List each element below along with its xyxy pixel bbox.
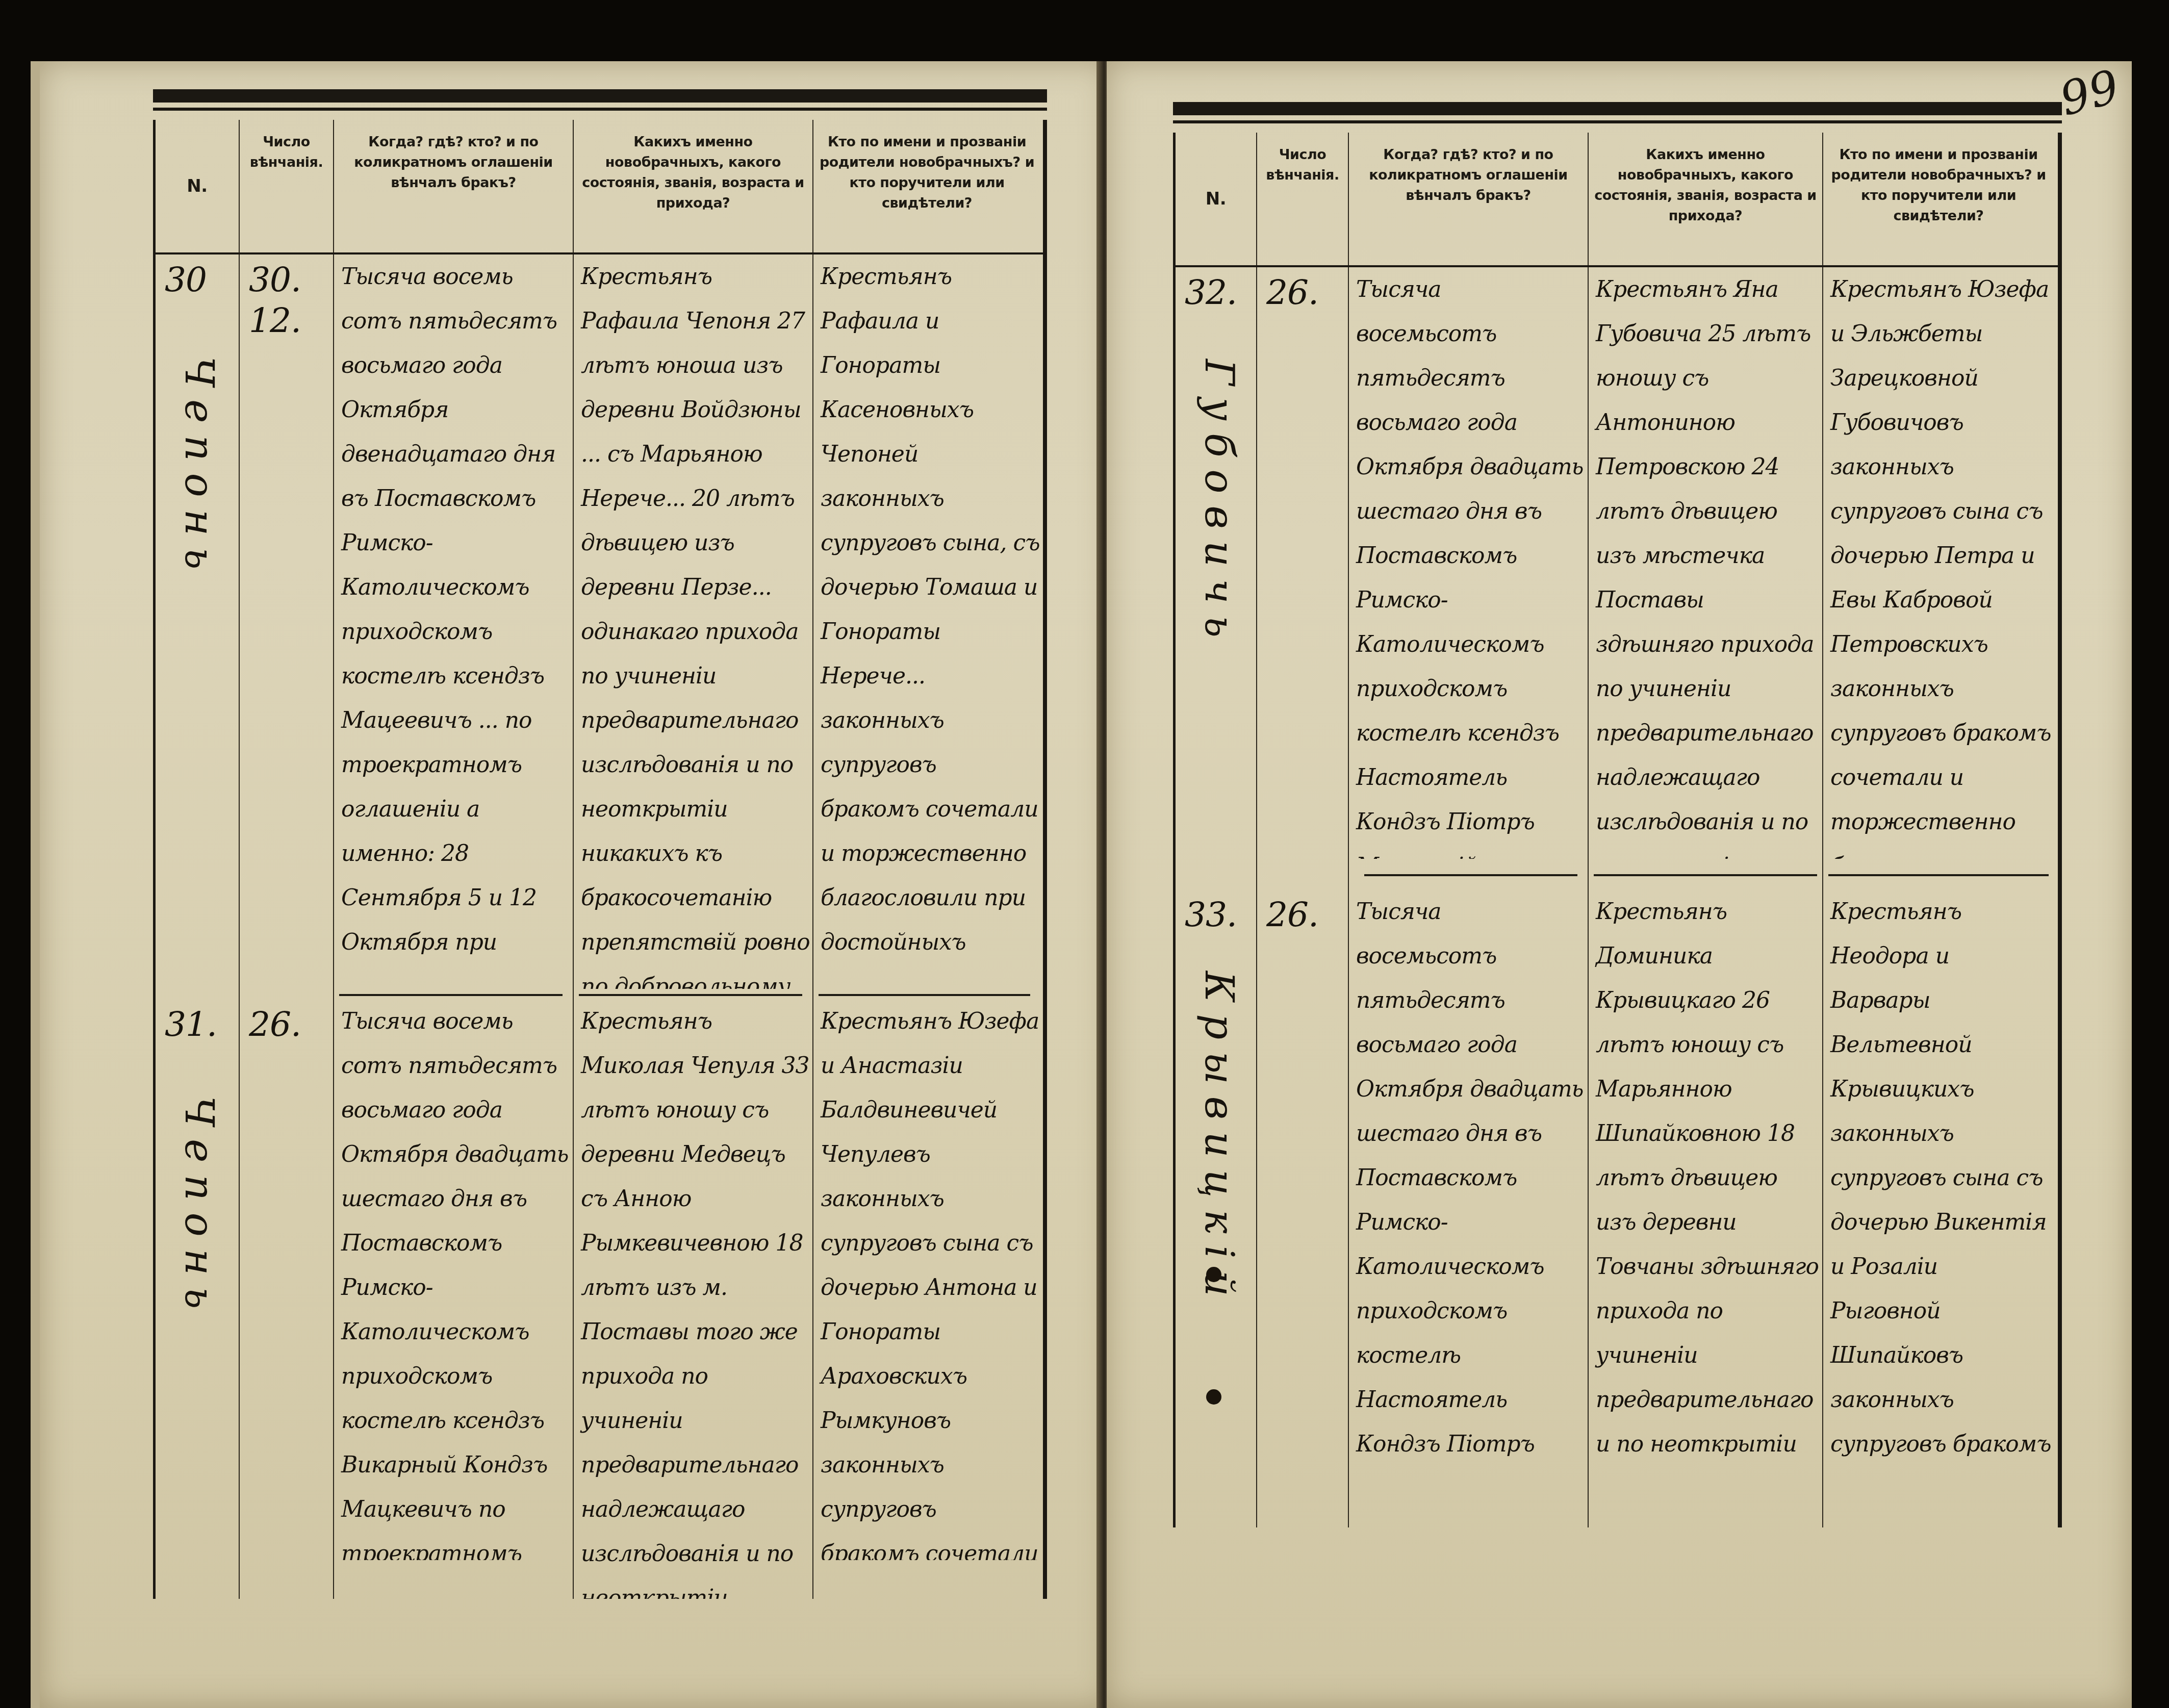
margin-note-surname: Чепонь xyxy=(176,356,222,582)
header-couple: Какихъ именно новобрачныхъ, какого состо… xyxy=(574,120,813,252)
header-parents-witnesses: Кто по имени и прозваніи родители новобр… xyxy=(813,120,1040,252)
binding-hole xyxy=(1206,1267,1221,1282)
column-date: 26. 26. xyxy=(1257,267,1349,1527)
margin-note-surname: Губовичь xyxy=(1196,359,1242,650)
header-parents-witnesses: Кто по имени и прозваніи родители новобр… xyxy=(1823,133,2054,265)
header-rule-thin xyxy=(153,108,1047,111)
column-date: 30. 12. 26. xyxy=(240,254,334,1599)
entry-divider xyxy=(819,994,1030,996)
entry-divider xyxy=(1594,874,1817,876)
column-number: 32. Губовичь 33. Крывицкій xyxy=(1176,267,1257,1527)
entry-31-parents: Крестьянъ Юзефа и Анастазіи Балдвиневиче… xyxy=(813,999,1040,1560)
register-body: 30 Чепонь 31. Чепонь 30. 12. 26. Тысяча … xyxy=(156,254,1043,1599)
right-register-table: N. Число вѣнчанія. Когда? гдѣ? кто? и по… xyxy=(1173,133,2062,1527)
header-rule-thin xyxy=(1173,120,2062,123)
entry-33-number: 33. xyxy=(1176,895,1256,935)
entry-30-couple: Крестьянъ Рафаила Чепоня 27 лѣтъ юноша и… xyxy=(574,254,812,989)
entry-divider xyxy=(579,994,802,996)
header-when-where: Когда? гдѣ? кто? и по коликратномъ оглаш… xyxy=(1349,133,1589,265)
left-register-table: N. Число вѣнчанія. Когда? гдѣ? кто? и по… xyxy=(153,120,1047,1599)
entry-33-when-where: Тысяча восемьсотъ пятьдесятъ восьмаго го… xyxy=(1349,889,1588,1466)
entry-33-couple: Крестьянъ Доминика Крывицкаго 26 лѣтъ юн… xyxy=(1589,889,1822,1466)
column-couple: Крестьянъ Рафаила Чепоня 27 лѣтъ юноша и… xyxy=(574,254,813,1599)
entry-divider xyxy=(339,994,563,996)
entry-32-couple: Крестьянъ Яна Губовича 25 лѣтъ юношу съ … xyxy=(1589,267,1822,859)
entry-33-date: 26. xyxy=(1257,895,1348,935)
column-headers: N. Число вѣнчанія. Когда? гдѣ? кто? и по… xyxy=(156,120,1043,254)
header-date: Число вѣнчанія. xyxy=(240,120,334,252)
column-parents-witnesses: Крестьянъ Рафаила и Гонораты Касеновныхъ… xyxy=(813,254,1040,1599)
register-body: 32. Губовичь 33. Крывицкій 26. 26. Тысяч… xyxy=(1176,267,2058,1527)
entry-32-date: 26. xyxy=(1257,272,1348,313)
entry-31-number: 31. xyxy=(156,1004,239,1045)
entry-31-when-where: Тысяча восемь сотъ пятьдесятъ восьмаго г… xyxy=(334,999,573,1560)
header-rule xyxy=(153,89,1047,103)
entry-33-parents: Крестьянъ Неодора и Варвары Вельтевной К… xyxy=(1823,889,2054,1466)
column-when-where: Тысяча восемьсотъ пятьдесятъ восьмаго го… xyxy=(1349,267,1589,1527)
entry-31-couple: Крестьянъ Миколая Чепуля 33 лѣтъ юношу с… xyxy=(574,999,812,1599)
entry-30-parents: Крестьянъ Рафаила и Гонораты Касеновныхъ… xyxy=(813,254,1040,968)
header-number: N. xyxy=(1176,133,1257,265)
entry-30-number: 30 xyxy=(156,260,239,300)
column-number: 30 Чепонь 31. Чепонь xyxy=(156,254,240,1599)
column-when-where: Тысяча восемь сотъ пятьдесятъ восьмаго г… xyxy=(334,254,574,1599)
header-rule xyxy=(1173,102,2062,115)
entry-30-date: 30. 12. xyxy=(240,260,333,341)
entry-31-date: 26. xyxy=(240,1004,333,1045)
header-when-where: Когда? гдѣ? кто? и по коликратномъ оглаш… xyxy=(334,120,574,252)
margin-note-surname: Крывицкій xyxy=(1196,971,1242,1309)
header-couple: Какихъ именно новобрачныхъ, какого состо… xyxy=(1589,133,1823,265)
entry-divider xyxy=(1364,874,1577,876)
header-date: Число вѣнчанія. xyxy=(1257,133,1349,265)
entry-divider xyxy=(1828,874,2049,876)
binding-hole xyxy=(1206,1389,1221,1405)
column-parents-witnesses: Крестьянъ Юзефа и Эльжбеты Зарецковной Г… xyxy=(1823,267,2054,1527)
margin-note-surname: Чепонь xyxy=(176,1096,222,1321)
entry-32-number: 32. xyxy=(1176,272,1256,313)
header-number: N. xyxy=(156,120,240,252)
column-couple: Крестьянъ Яна Губовича 25 лѣтъ юношу съ … xyxy=(1589,267,1823,1527)
entry-30-when-where: Тысяча восемь сотъ пятьдесятъ восьмаго г… xyxy=(334,254,573,968)
entry-32-when-where: Тысяча восемьсотъ пятьдесятъ восьмаго го… xyxy=(1349,267,1588,859)
column-headers: N. Число вѣнчанія. Когда? гдѣ? кто? и по… xyxy=(1176,133,2058,267)
entry-32-parents: Крестьянъ Юзефа и Эльжбеты Зарецковной Г… xyxy=(1823,267,2054,859)
